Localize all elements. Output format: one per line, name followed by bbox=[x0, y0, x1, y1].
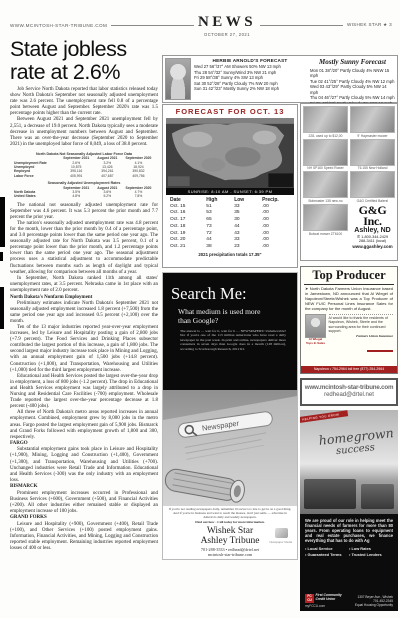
site-url: WWW.MCINTOSH-STAR-TRIBUNE.COM bbox=[10, 23, 107, 28]
scan-edge-artifact bbox=[0, 252, 3, 261]
article-paragraph: Preliminary estimates indicate North Dak… bbox=[10, 301, 158, 325]
table-row: Oct. 15 51 33 .00 bbox=[170, 204, 290, 211]
table-row: Oct. 18 73 44 .00 bbox=[170, 224, 290, 231]
sunrise-sunset-bar: SUNRISE: 8:10 AM - SUNSET: 6:39 PM bbox=[166, 188, 294, 195]
article-paragraph: Leisure and Hospitality (+900), Governme… bbox=[10, 522, 158, 552]
loader-photo bbox=[303, 171, 348, 198]
fccu-contact: 1307 Beyer Ave., Wishek 701-452-2345 Equ… bbox=[355, 595, 393, 607]
table-row: United States 4.8% 5.2% 7.8% bbox=[14, 194, 154, 198]
top-producer-middle: Al Wiegel Tops In Sales Al would like to… bbox=[305, 314, 393, 356]
masthead: WWW.MCINTOSH-STAR-TRIBUNE.COM NEWS OCTOB… bbox=[10, 13, 392, 37]
photo-caption: T6.155 New Holland bbox=[350, 166, 395, 170]
fccu-logo-name: First Community Credit Union bbox=[316, 594, 342, 602]
speed-rower-photo bbox=[303, 139, 348, 166]
oct13-forecast-panel: FORECAST FOR OCT. 13 SUNRISE: 8:10 AM - … bbox=[162, 104, 298, 268]
gg-website: www.ggashley.com bbox=[350, 244, 395, 250]
herbie-forecast-title: HERBIE ARNOLD'S FORECAST bbox=[194, 58, 306, 63]
article-paragraph: Ten of the 13 major industries reported … bbox=[10, 325, 158, 374]
headline-line-1: State jobless bbox=[10, 38, 158, 61]
herbie-forecast-column: HERBIE ARNOLD'S FORECAST Wed 27 56°/37° … bbox=[194, 58, 306, 100]
newspaper-media-caption: Newspaper Media bbox=[269, 540, 292, 544]
article-headline: State jobless rate at 2.6% bbox=[10, 38, 158, 83]
table-row: Oct. 19 72 43 .00 bbox=[170, 231, 290, 238]
search-me-title: Search Me: bbox=[171, 284, 289, 304]
labor-table: North Dakota Not Seasonally Adjusted Lab… bbox=[14, 152, 154, 178]
haymaster-mower-photo bbox=[350, 106, 395, 133]
table-row: Oct. 17 65 30 .00 bbox=[170, 217, 290, 224]
ribbon-banner: HELPING YOU GROW bbox=[300, 410, 349, 424]
forecast-day: Mon 01 38°/20° Partly Cloudy 4% NNW 15 m… bbox=[310, 68, 395, 79]
fccu-bullets: • Local Service • Guaranteed Terms • Low… bbox=[305, 546, 393, 557]
jobless-article: State jobless rate at 2.6% Job Service N… bbox=[10, 38, 158, 552]
oct13-title: FORECAST FOR OCT. 13 bbox=[163, 107, 297, 116]
promo-email: redhead@drtel.net bbox=[302, 392, 396, 398]
bullet-column-right: • Low Rates • Trusted Lenders bbox=[349, 546, 393, 557]
table-row: Oct. 16 53 35 .00 bbox=[170, 210, 290, 217]
newspaper-search-illustration: Newspaper bbox=[163, 390, 297, 506]
masthead-rule-left bbox=[111, 25, 194, 26]
article-paragraph: The nation's seasonally adjusted unemplo… bbox=[10, 221, 158, 276]
top-producer-body: ➤ North Dakota Farmers Union Insurance b… bbox=[305, 287, 393, 312]
combine-photo bbox=[304, 479, 356, 509]
search-me-question: What medium is used more than Google? bbox=[178, 308, 264, 325]
fccu-logo-mark: FC CU bbox=[305, 594, 314, 603]
baler-photo bbox=[350, 171, 395, 198]
gg-inc-ad: 228- used up to $12,00 NH SP160 Speed Ro… bbox=[300, 103, 398, 261]
photo-caption: 228- used up to $12,00 bbox=[303, 134, 348, 138]
footer-small-text: If you're not reading newspapers daily, … bbox=[168, 508, 292, 520]
homegrown-script-text: homegrown success bbox=[318, 422, 396, 458]
tractor-photo bbox=[350, 139, 395, 166]
producer-phone-bar: Napoleon • 754-2964 toll free (877) 254-… bbox=[301, 366, 397, 373]
labor-force-tables: North Dakota Not Seasonally Adjusted Lab… bbox=[14, 152, 154, 199]
gg-right-column: 9' Haymaster mower T6.155 New Holland G&… bbox=[350, 106, 395, 258]
newspaper-page: WWW.MCINTOSH-STAR-TRIBUNE.COM NEWS OCTOB… bbox=[0, 0, 400, 618]
photo-caption: 9' Haymaster mower bbox=[350, 134, 395, 138]
article-paragraph: Educational and Health Services posted t… bbox=[10, 374, 158, 411]
article-paragraph: Prominent employment increases occurred … bbox=[10, 491, 158, 515]
skid-steer-photo bbox=[303, 106, 348, 133]
headline-line-2: rate at 2.6% bbox=[10, 61, 158, 84]
al-wiegel-photo bbox=[305, 314, 326, 338]
top-producer-ad: Top Producer ➤ North Dakota Farmers Unio… bbox=[300, 266, 398, 374]
bullet-column-left: • Local Service • Guaranteed Terms bbox=[305, 546, 349, 557]
al-wiegel-photo-block: Al Wiegel Tops In Sales bbox=[305, 314, 326, 356]
gg-company-name: G&G Inc. bbox=[350, 205, 395, 227]
photo-caption: Tops In Sales bbox=[305, 342, 326, 346]
masthead-center: NEWS OCTOBER 27, 2021 bbox=[198, 13, 256, 37]
scan-edge-artifact bbox=[0, 287, 4, 329]
sunny-forecast-title: Mostly Sunny Forecast bbox=[310, 58, 395, 66]
sunny-forecast-column: Mostly Sunny Forecast Mon 01 38°/20° Par… bbox=[306, 58, 395, 100]
search-me-footer: If you're not reading newspapers daily, … bbox=[163, 506, 297, 557]
fccu-footer: FC CU First Community Credit Union myFCC… bbox=[305, 594, 393, 608]
logo-underline bbox=[367, 350, 393, 352]
temperature-table: Date High Low Precip. Oct. 15 51 33 .00 … bbox=[170, 197, 290, 251]
gg-logo-block: G&G Inc. Ashley, ND ✆ 1-800-344-2429 288… bbox=[350, 205, 395, 250]
table-row: Oct. 20 44 33 .00 bbox=[170, 237, 290, 244]
weather-forecast-box: HERBIE ARNOLD'S FORECAST Wed 27 56°/37° … bbox=[162, 55, 398, 103]
rates-table: Seasonally Adjusted Unemployment Rates S… bbox=[14, 181, 154, 198]
farmers-union-logo: Farmers Union Insurance bbox=[329, 335, 394, 357]
phone-icon: ✆ bbox=[357, 235, 360, 239]
herbie-arnold-photo bbox=[165, 58, 191, 100]
article-paragraph: In September, North Dakota ranked 11th a… bbox=[10, 276, 158, 294]
mower-photo bbox=[303, 204, 348, 231]
table-header-row: Date High Low Precip. bbox=[170, 197, 290, 204]
search-me-ad: Search Me: What medium is used more than… bbox=[162, 272, 298, 560]
section-title: NEWS bbox=[198, 14, 256, 30]
weather-map-image bbox=[166, 118, 294, 188]
table-row: Oct. 21 38 23 .00 bbox=[170, 244, 290, 251]
website-promo-box: www.mcintosh-star-tribune.com redhead@dr… bbox=[300, 378, 398, 406]
fccu-website: myFCCU.com bbox=[305, 604, 342, 608]
article-paragraph: The national not seasonally adjusted une… bbox=[10, 203, 158, 221]
photo-caption: Bobmaster 135 new-no bbox=[303, 199, 348, 203]
masthead-rule-right bbox=[260, 25, 343, 26]
harvest-photo: HELPING YOU GROW homegrown success bbox=[300, 410, 398, 514]
gg-city: Ashley, ND bbox=[350, 227, 395, 235]
thanks-text: Al would like to thank the residents of … bbox=[329, 314, 394, 333]
fccu-body-text: We are proud of our role in helping meet… bbox=[305, 518, 393, 543]
forecast-day: Wed 03 43°/29° Partly Cloudy 5% NW 14 mp… bbox=[310, 84, 395, 95]
edition-page-number: WISHEK STAR ★ 3 bbox=[347, 22, 392, 28]
forecast-day: Thu 04 46°/27° Partly Cloudy 5% NW 14 mp… bbox=[310, 95, 395, 101]
table-row: Labor Force 405,991 407,687 409,756 bbox=[14, 174, 154, 178]
forecast-day: Sun 31 42°/23° Mostly Sunny 2% NW 18 mph bbox=[194, 86, 306, 92]
gg-left-column: 228- used up to $12,00 NH SP160 Speed Ro… bbox=[303, 106, 348, 258]
search-me-body: The answer is … wait for it, wait for it… bbox=[180, 329, 286, 351]
tractor-photo bbox=[361, 484, 394, 509]
search-me-panel: Search Me: What medium is used more than… bbox=[163, 273, 297, 390]
precipitation-total: 2021 precipitation totals 17.35" bbox=[163, 252, 297, 257]
article-paragraph: All three of North Dakota's metro areas … bbox=[10, 410, 158, 440]
article-paragraph: Substantial employment gains took place … bbox=[10, 447, 158, 484]
brand-website: mcintosh-star-tribune.com bbox=[168, 552, 292, 557]
promo-url: www.mcintosh-star-tribune.com bbox=[302, 384, 396, 391]
photo-caption: Bobcat mower ZT6100 bbox=[303, 232, 348, 236]
photo-caption: NH SP160 Speed Rower bbox=[303, 166, 348, 170]
article-paragraph: Job Service North Dakota reported that l… bbox=[10, 87, 158, 117]
article-paragraph: Between August 2021 and September 2021 u… bbox=[10, 117, 158, 147]
fccu-text-panel: We are proud of our role in helping meet… bbox=[300, 514, 398, 611]
thanks-block: Al would like to thank the residents of … bbox=[329, 314, 394, 356]
fccu-logo-block: FC CU First Community Credit Union myFCC… bbox=[305, 594, 342, 608]
newspaper-media-logo bbox=[275, 528, 288, 538]
scan-edge-artifact bbox=[0, 197, 5, 247]
top-producer-title: Top Producer bbox=[304, 268, 394, 285]
issue-date: OCTOBER 27, 2021 bbox=[198, 32, 256, 37]
footer-cta: Find out how - Call today for more infor… bbox=[168, 520, 292, 524]
fccu-homegrown-ad: HELPING YOU GROW homegrown success We ar… bbox=[300, 410, 398, 611]
